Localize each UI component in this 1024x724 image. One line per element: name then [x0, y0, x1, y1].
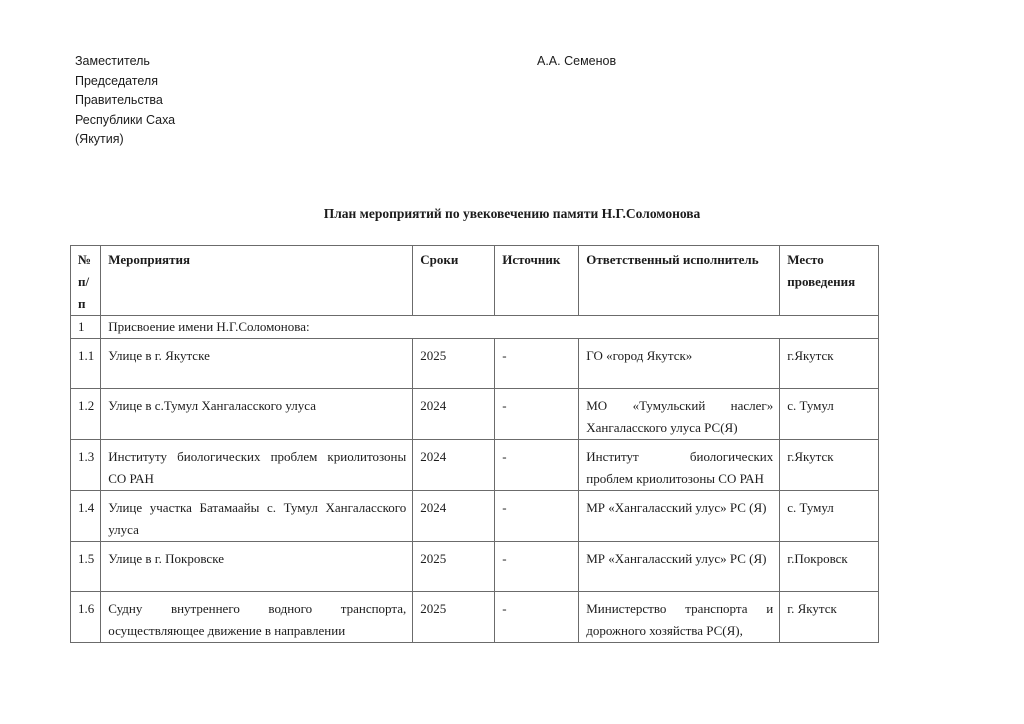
table-row: 1.6 Судну внутреннего водного транспорта…	[71, 592, 879, 643]
table-row: 1.3 Институту биологических проблем крио…	[71, 440, 879, 491]
row-term: 2024	[413, 389, 495, 440]
document-title: План мероприятий по увековечению памяти …	[0, 206, 1024, 222]
header-place: Место проведения	[780, 246, 879, 316]
signatory-name: А.А. Семенов	[537, 52, 616, 72]
row-number: 1.1	[71, 339, 101, 389]
signatory-position-line: Республики Саха	[75, 111, 175, 131]
table-body: 1.1 Улице в г. Якутске 2025 - ГО «город …	[71, 339, 879, 643]
signatory-position: Заместитель Председателя Правительства Р…	[75, 52, 175, 150]
row-responsible: МР «Хангаласский улус» РС (Я)	[579, 542, 780, 592]
signatory-position-line: Заместитель	[75, 52, 175, 72]
header-responsible: Ответственный исполнитель	[579, 246, 780, 316]
row-event: Улице в г. Якутске	[101, 339, 413, 389]
section-row: 1 Присвоение имени Н.Г.Соломонова:	[71, 316, 879, 339]
row-term: 2024	[413, 440, 495, 491]
header-events: Мероприятия	[101, 246, 413, 316]
row-place: г.Якутск	[780, 440, 879, 491]
row-responsible: Министерство транспорта и дорожного хозя…	[579, 592, 780, 643]
table-row: 1.2 Улице в с.Тумул Хангаласского улуса …	[71, 389, 879, 440]
header-number: № п/п	[71, 246, 101, 316]
table-header-row: № п/п Мероприятия Сроки Источник Ответст…	[71, 246, 879, 316]
events-plan-table: № п/п Мероприятия Сроки Источник Ответст…	[70, 245, 879, 643]
row-place: г.Покровск	[780, 542, 879, 592]
row-place: с. Тумул	[780, 389, 879, 440]
row-number: 1.6	[71, 592, 101, 643]
row-event: Улице в г. Покровске	[101, 542, 413, 592]
row-source: -	[495, 339, 579, 389]
row-event: Улице в с.Тумул Хангаласского улуса	[101, 389, 413, 440]
row-responsible: ГО «город Якутск»	[579, 339, 780, 389]
row-term: 2024	[413, 491, 495, 542]
row-number: 1.5	[71, 542, 101, 592]
row-event: Улице участка Батамаайы с. Тумул Хангала…	[101, 491, 413, 542]
section-title: Присвоение имени Н.Г.Соломонова:	[101, 316, 879, 339]
row-term: 2025	[413, 592, 495, 643]
header-term: Сроки	[413, 246, 495, 316]
table-row: 1.4 Улице участка Батамаайы с. Тумул Хан…	[71, 491, 879, 542]
row-number: 1.4	[71, 491, 101, 542]
row-responsible: Институт биологических проблем криолитоз…	[579, 440, 780, 491]
row-responsible: МО «Тумульский наслег» Хангаласского улу…	[579, 389, 780, 440]
row-place: с. Тумул	[780, 491, 879, 542]
table-row: 1.5 Улице в г. Покровске 2025 - МР «Ханг…	[71, 542, 879, 592]
row-place: г.Якутск	[780, 339, 879, 389]
signatory-position-line: Председателя	[75, 72, 175, 92]
signatory-position-line: Правительства	[75, 91, 175, 111]
row-responsible: МР «Хангаласский улус» РС (Я)	[579, 491, 780, 542]
signatory-position-line: (Якутия)	[75, 130, 175, 150]
row-term: 2025	[413, 339, 495, 389]
row-source: -	[495, 389, 579, 440]
row-term: 2025	[413, 542, 495, 592]
row-event: Судну внутреннего водного транспорта, ос…	[101, 592, 413, 643]
row-number: 1.2	[71, 389, 101, 440]
row-source: -	[495, 542, 579, 592]
section-number: 1	[71, 316, 101, 339]
row-source: -	[495, 440, 579, 491]
row-place: г. Якутск	[780, 592, 879, 643]
table-row: 1.1 Улице в г. Якутске 2025 - ГО «город …	[71, 339, 879, 389]
row-event: Институту биологических проблем криолито…	[101, 440, 413, 491]
row-source: -	[495, 592, 579, 643]
header-source: Источник	[495, 246, 579, 316]
row-number: 1.3	[71, 440, 101, 491]
row-source: -	[495, 491, 579, 542]
